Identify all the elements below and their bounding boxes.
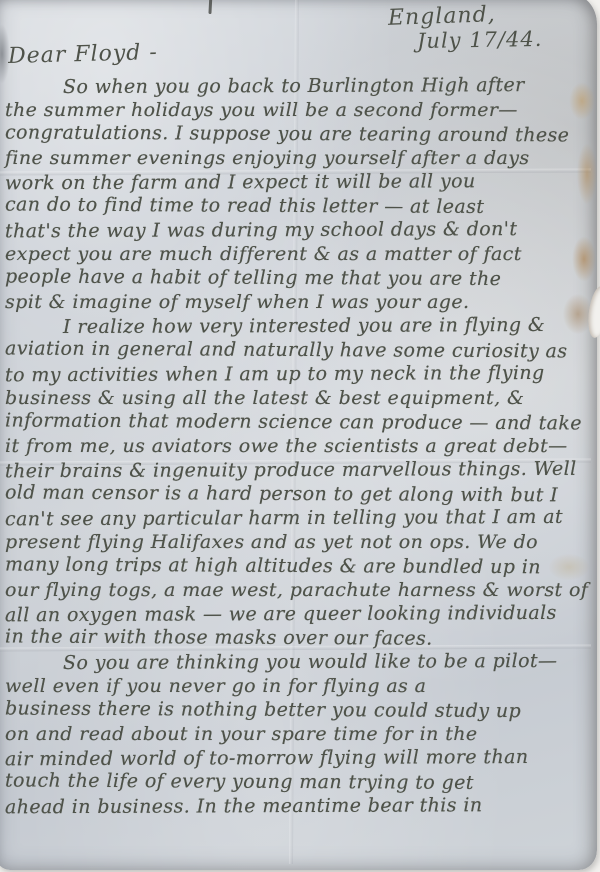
letter-line: work on the farm and I expect it will be…: [5, 169, 596, 196]
letter-line: on and read about in your spare time for…: [5, 722, 596, 746]
letter-line: to my activities when I am up to my neck…: [5, 361, 596, 388]
letter-line: can do to find time to read this letter …: [5, 192, 596, 219]
letter-line: their brains & ingenuity produce marvell…: [5, 457, 596, 484]
letter-line: congratulations. I suppose you are teari…: [5, 120, 596, 147]
letter-line: the summer holidays you will be a second…: [5, 98, 596, 122]
letter-line: in the air with those masks over our fac…: [5, 624, 596, 651]
letter-line: expect you are much different & as a mat…: [5, 242, 596, 266]
letter-line: So when you go back to Burlington High a…: [5, 73, 596, 100]
letter-line: it from me, us aviators owe the scientis…: [5, 434, 596, 458]
letter-line: business there is nothing better you cou…: [5, 696, 596, 723]
letter-line: air minded world of to-morrow flying wil…: [5, 745, 596, 772]
letter-line: that's the way I was during my school da…: [5, 217, 596, 244]
letter-place: England,: [388, 2, 497, 31]
letter-salutation: Dear Floyd -: [8, 40, 158, 69]
letter-line: many long trips at high altitudes & are …: [5, 552, 596, 579]
letter-line: can't see any particular harm in telling…: [5, 505, 596, 532]
pen-mark: [208, 0, 212, 14]
letter-line: spit & imagine of myself when I was your…: [5, 290, 596, 314]
letter-line: well even if you never go in for flying …: [5, 674, 596, 698]
letter-line: information that modern science can prod…: [5, 408, 596, 435]
letter-line: our flying togs, a mae west, parachute h…: [5, 578, 596, 602]
letter-line: So you are thinking you would like to be…: [5, 649, 596, 676]
letter-date: July 17/44.: [416, 27, 542, 53]
letter-line: people have a habit of telling me that y…: [5, 264, 596, 291]
letter-line: present flying Halifaxes and as yet not …: [5, 530, 596, 554]
letter-line: all an oxygen mask — we are queer lookin…: [5, 601, 596, 628]
letter-line: aviation in general and naturally have s…: [5, 336, 596, 363]
letter-line: ahead in business. In the meantime bear …: [5, 793, 596, 820]
scanned-letter-page: England, July 17/44. Dear Floyd - So whe…: [0, 0, 600, 872]
letter-line: fine summer evenings enjoying yourself a…: [5, 146, 596, 170]
letter-body: So when you go back to Burlington High a…: [5, 74, 596, 818]
letter-line: business & using all the latest & best e…: [5, 386, 596, 410]
letter-line: I realize how very interested you are in…: [5, 313, 596, 340]
letter-line: touch the life of every young man trying…: [5, 768, 596, 795]
letter-line: old man censor is a hard person to get a…: [5, 480, 596, 507]
